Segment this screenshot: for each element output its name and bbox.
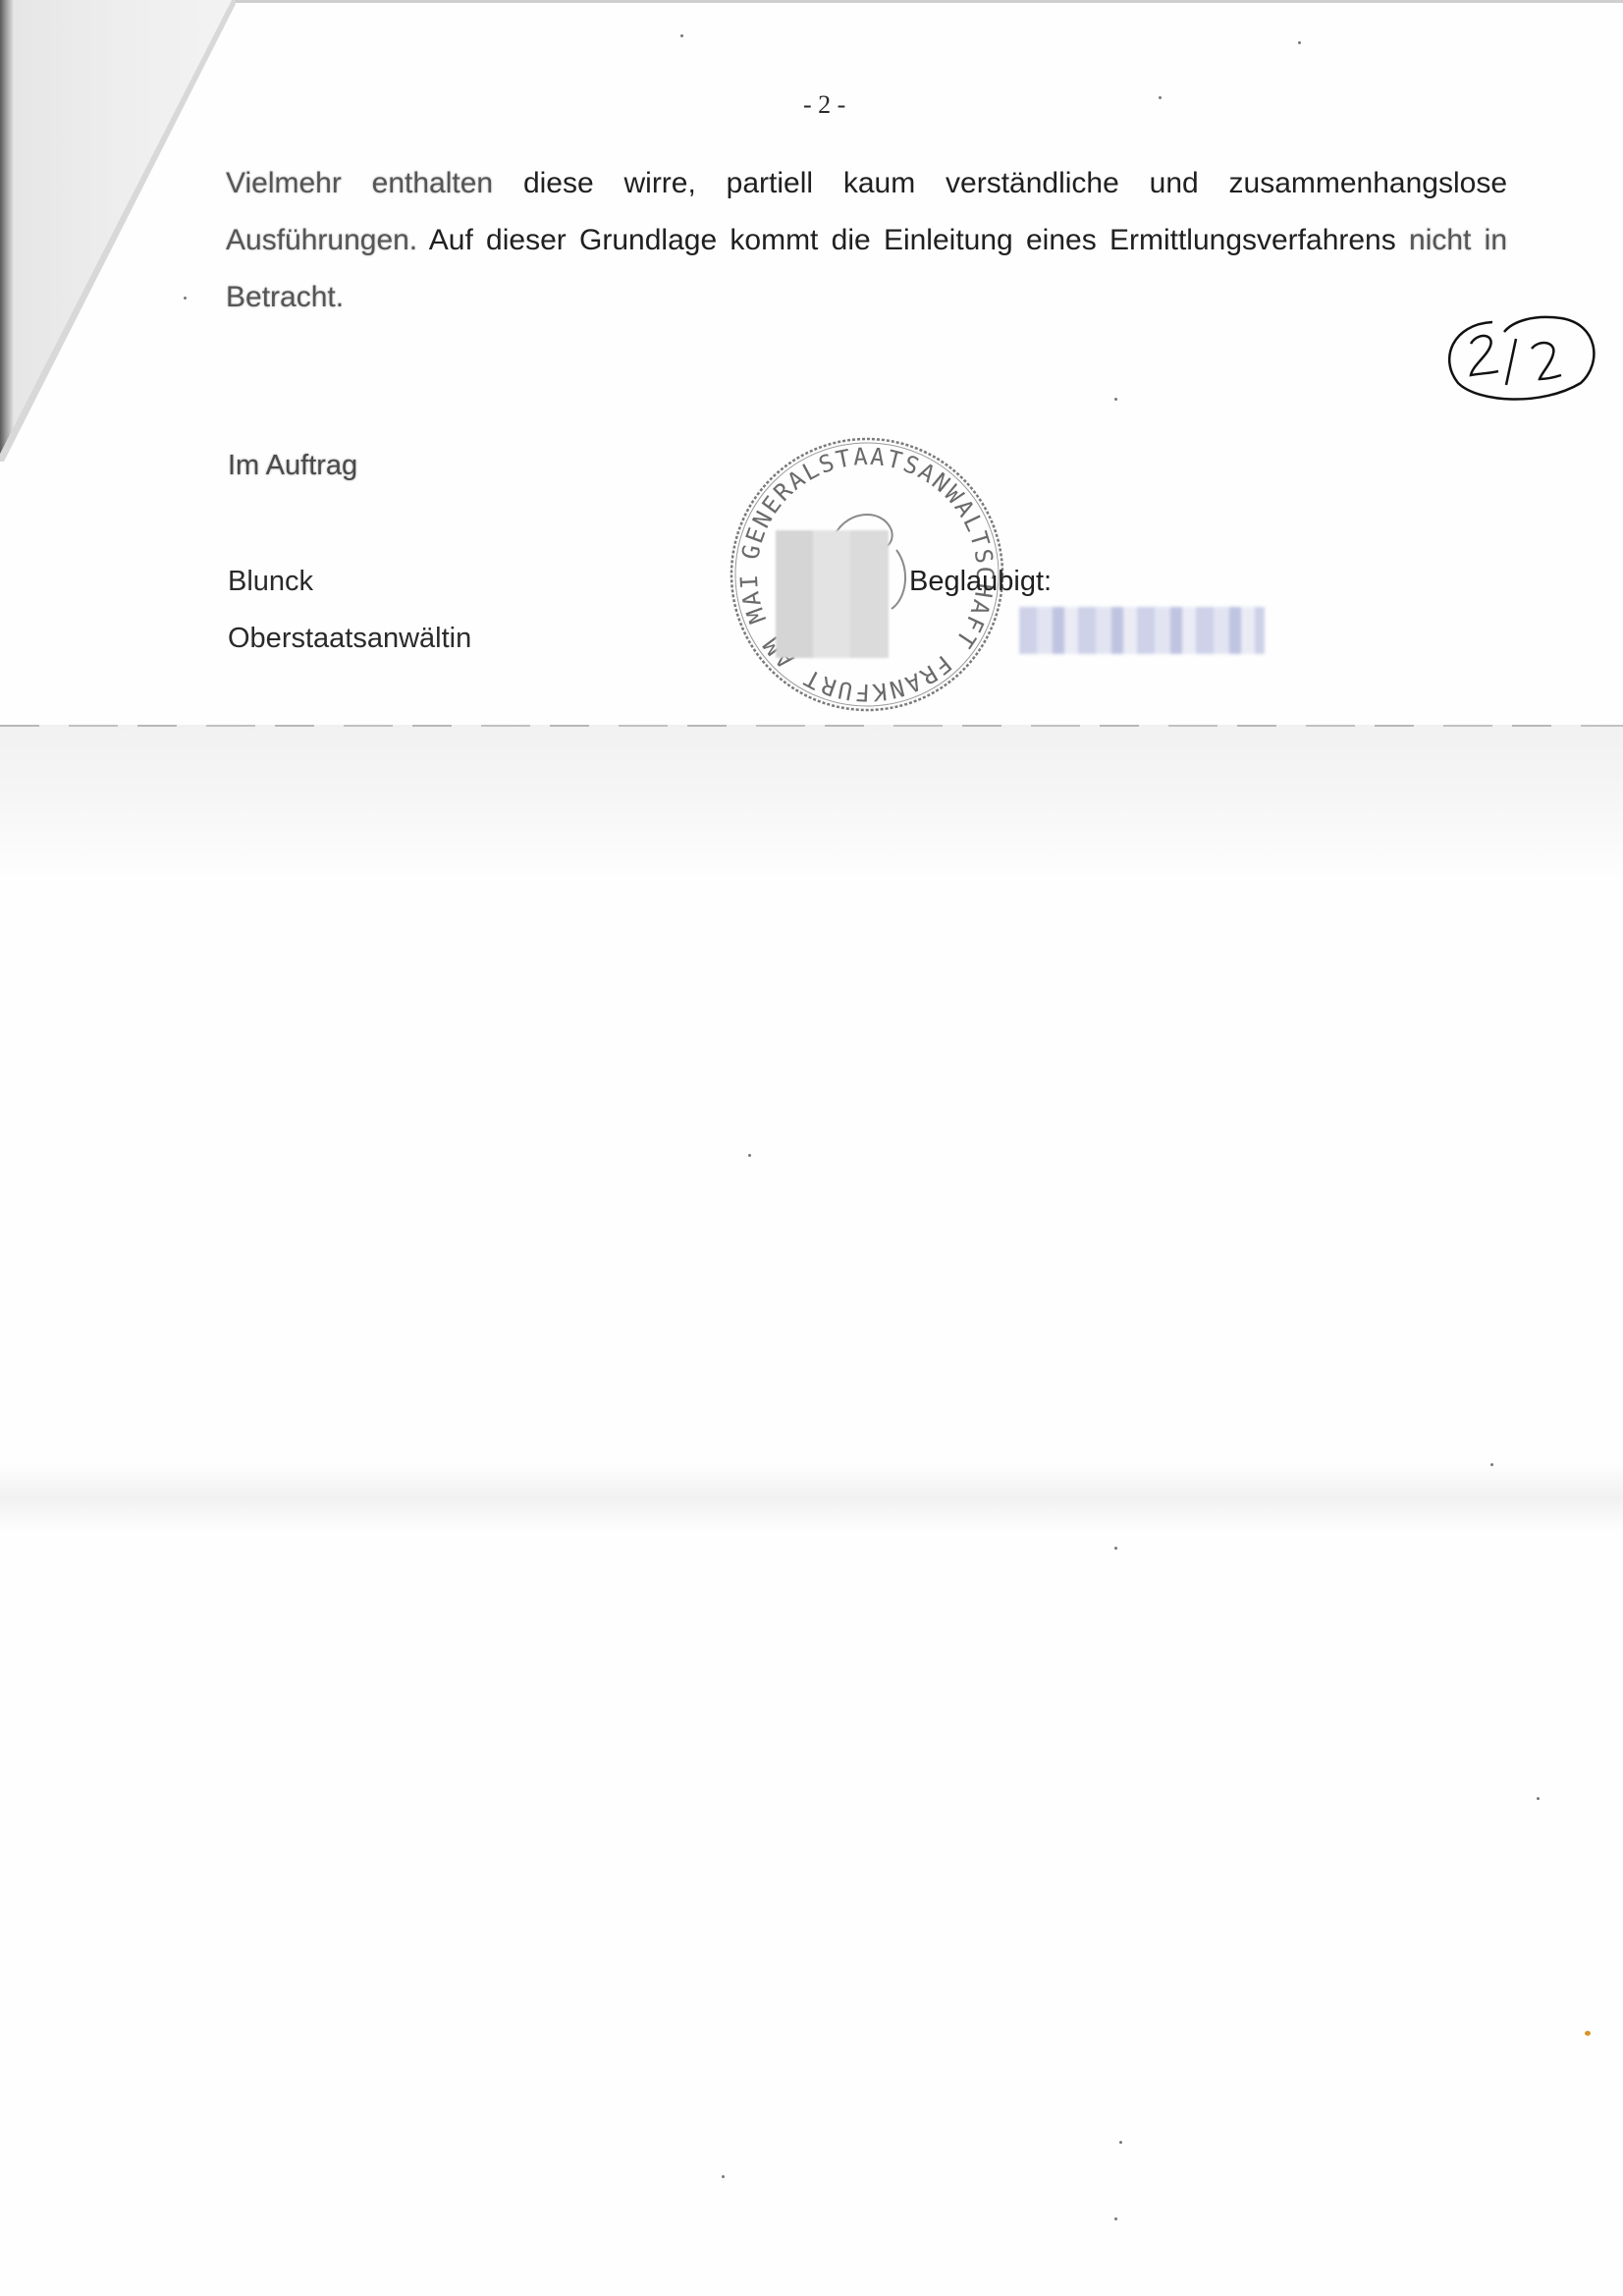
scan-speck [1114,1547,1117,1550]
scan-speck [680,34,683,37]
body-segment: Vielmehr enthalten [226,167,493,199]
scan-speck [1114,398,1117,401]
signatory-title: Oberstaatsanwältin [228,623,471,655]
scan-speck [1159,96,1162,99]
body-segment: diese wirre, partiell kaum verständliche… [493,167,1507,199]
page-number: - 2 - [803,90,845,120]
handwritten-page-marker-icon [1434,304,1600,412]
certified-label: Beglaubigt: [909,566,1052,598]
scan-speck [722,2175,725,2178]
fold-shadow [0,725,1623,882]
signature-in-order: Im Auftrag [228,450,357,482]
fold-line [0,725,1623,727]
scan-speck [184,297,187,300]
body-segment: Auf dieser Grundlage kommt die Einleitun… [417,224,1409,256]
scan-speck [1537,1797,1540,1800]
scan-speck [748,1154,751,1157]
scan-speck [1298,41,1301,44]
body-segment: Ausführungen. [226,224,417,256]
scan-speck [1114,2217,1117,2220]
scanned-page: - 2 - Vielmehr enthalten diese wirre, pa… [0,0,1623,2296]
redacted-certifier-signature [1019,607,1265,654]
fold-shadow-lower [0,1463,1623,1532]
scan-speck [1119,2141,1122,2144]
scan-top-edge [0,0,1623,3]
redacted-seal-center [776,530,889,658]
scan-speck [1490,1463,1493,1466]
scan-stain [1585,2031,1591,2036]
body-paragraph: Vielmehr enthalten diese wirre, partiell… [226,155,1507,326]
signatory-name: Blunck [228,566,313,598]
